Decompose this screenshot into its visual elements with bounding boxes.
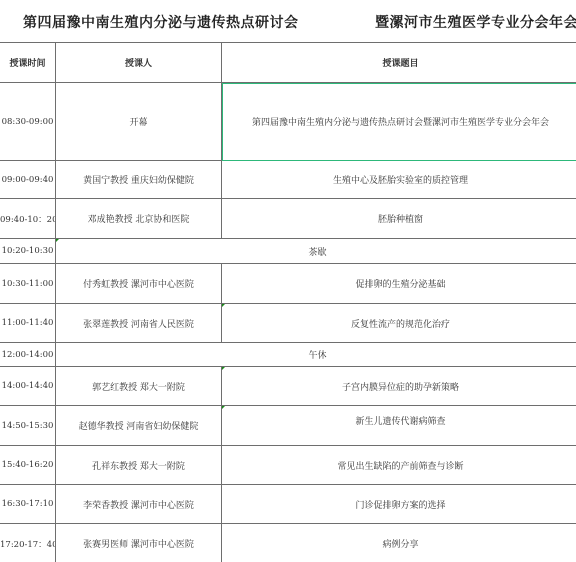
cell-topic-text: 第四届豫中南生殖内分泌与遗传热点研讨会暨漯河市生殖医学专业分会年会 — [252, 118, 549, 128]
cell-topic-text: 反复性流产的规范化治疗 — [351, 320, 450, 330]
comment-marker-icon — [222, 406, 225, 409]
cell-topic-selected[interactable]: 第四届豫中南生殖内分泌与遗传热点研讨会暨漯河市生殖医学专业分会年会 — [222, 83, 576, 161]
cell-time[interactable]: 08:30-09:00 — [0, 83, 56, 161]
cell-speaker[interactable]: 赵德华教授 河南省妇幼保健院 — [56, 406, 222, 446]
comment-marker-icon — [222, 367, 225, 370]
schedule-table: 授课时间 授课人 授课题目 08:30-09:00 开幕 第四届豫中南生殖内分泌… — [0, 42, 576, 562]
cell-time[interactable]: 14:50-15:30 — [0, 406, 56, 446]
cell-topic[interactable]: 反复性流产的规范化治疗 — [222, 304, 576, 343]
cell-speaker[interactable]: 付秀虹教授 漯河市中心医院 — [56, 264, 222, 304]
table-row: 08:30-09:00 开幕 第四届豫中南生殖内分泌与遗传热点研讨会暨漯河市生殖… — [0, 83, 576, 161]
cell-time[interactable]: 10:20-10:30 — [0, 239, 56, 264]
header-time[interactable]: 授课时间 — [0, 43, 56, 83]
cell-topic[interactable]: 胚胎种植窗 — [222, 199, 576, 239]
break-label: 茶歇 — [308, 248, 326, 258]
break-label: 午休 — [308, 351, 326, 361]
conference-title: 第四届豫中南生殖内分泌与遗传热点研讨会 — [23, 12, 299, 32]
table-row: 17:20-17：40 张赛男医师 漯河市中心医院 病例分享 — [0, 524, 576, 562]
table-row: 15:40-16:20 孔祥东教授 郑大一附院 常见出生缺陷的产前筛查与诊断 — [0, 446, 576, 485]
table-row: 09:40-10：20 邓成艳教授 北京协和医院 胚胎种植窗 — [0, 199, 576, 239]
cell-time[interactable]: 16:30-17:10 — [0, 485, 56, 524]
document-title-bar: 第四届豫中南生殖内分泌与遗传热点研讨会 暨漯河市生殖医学专业分会年会 — [0, 0, 576, 42]
cell-topic[interactable]: 新生儿遗传代谢病筛查 — [222, 406, 576, 446]
header-topic[interactable]: 授课题目 — [222, 43, 576, 83]
conference-subtitle: 暨漯河市生殖医学专业分会年会 — [375, 12, 576, 32]
cell-time[interactable]: 15:40-16:20 — [0, 446, 56, 485]
table-row-break: 10:20-10:30 茶歇 — [0, 239, 576, 264]
cell-speaker[interactable]: 张赛男医师 漯河市中心医院 — [56, 524, 222, 562]
cell-merged-tea-break[interactable]: 茶歇 — [56, 239, 576, 264]
cell-speaker[interactable]: 李荣香教授 漯河市中心医院 — [56, 485, 222, 524]
cell-speaker[interactable]: 孔祥东教授 郑大一附院 — [56, 446, 222, 485]
comment-marker-icon — [56, 239, 59, 242]
table-row: 14:50-15:30 赵德华教授 河南省妇幼保健院 新生儿遗传代谢病筛查 — [0, 406, 576, 446]
table-row: 14:00-14:40 郭艺红教授 郑大一附院 子宫内膜异位症的助孕新策略 — [0, 367, 576, 406]
cell-time[interactable]: 10:30-11:00 — [0, 264, 56, 304]
cell-speaker[interactable]: 郭艺红教授 郑大一附院 — [56, 367, 222, 406]
cell-time[interactable]: 11:00-11:40 — [0, 304, 56, 343]
cell-topic[interactable]: 生殖中心及胚胎实验室的质控管理 — [222, 161, 576, 199]
cell-speaker[interactable]: 开幕 — [56, 83, 222, 161]
cell-topic[interactable]: 常见出生缺陷的产前筛查与诊断 — [222, 446, 576, 485]
cell-topic[interactable]: 促排卵的生殖分泌基础 — [222, 264, 576, 304]
comment-marker-icon — [222, 304, 225, 307]
cell-merged-lunch-break[interactable]: 午休 — [56, 343, 576, 367]
cell-topic[interactable]: 病例分享 — [222, 524, 576, 562]
cell-time[interactable]: 09:00-09:40 — [0, 161, 56, 199]
table-header-row: 授课时间 授课人 授课题目 — [0, 43, 576, 83]
cell-topic[interactable]: 门诊促排卵方案的选择 — [222, 485, 576, 524]
table-row: 10:30-11:00 付秀虹教授 漯河市中心医院 促排卵的生殖分泌基础 — [0, 264, 576, 304]
cell-topic[interactable]: 子宫内膜异位症的助孕新策略 — [222, 367, 576, 406]
cell-time[interactable]: 14:00-14:40 — [0, 367, 56, 406]
header-speaker[interactable]: 授课人 — [56, 43, 222, 83]
cell-speaker[interactable]: 邓成艳教授 北京协和医院 — [56, 199, 222, 239]
table-row-break: 12:00-14:00 午休 — [0, 343, 576, 367]
cell-speaker[interactable]: 黄国宁教授 重庆妇幼保健院 — [56, 161, 222, 199]
cell-time[interactable]: 09:40-10：20 — [0, 199, 56, 239]
cell-topic-text: 新生儿遗传代谢病筛查 — [355, 417, 445, 427]
table-row: 09:00-09:40 黄国宁教授 重庆妇幼保健院 生殖中心及胚胎实验室的质控管… — [0, 161, 576, 199]
cell-speaker[interactable]: 张翠莲教授 河南省人民医院 — [56, 304, 222, 343]
cell-topic-text: 子宫内膜异位症的助孕新策略 — [342, 383, 459, 393]
cell-time[interactable]: 12:00-14:00 — [0, 343, 56, 367]
table-row: 11:00-11:40 张翠莲教授 河南省人民医院 反复性流产的规范化治疗 — [0, 304, 576, 343]
cell-time[interactable]: 17:20-17：40 — [0, 524, 56, 562]
table-row: 16:30-17:10 李荣香教授 漯河市中心医院 门诊促排卵方案的选择 — [0, 485, 576, 524]
